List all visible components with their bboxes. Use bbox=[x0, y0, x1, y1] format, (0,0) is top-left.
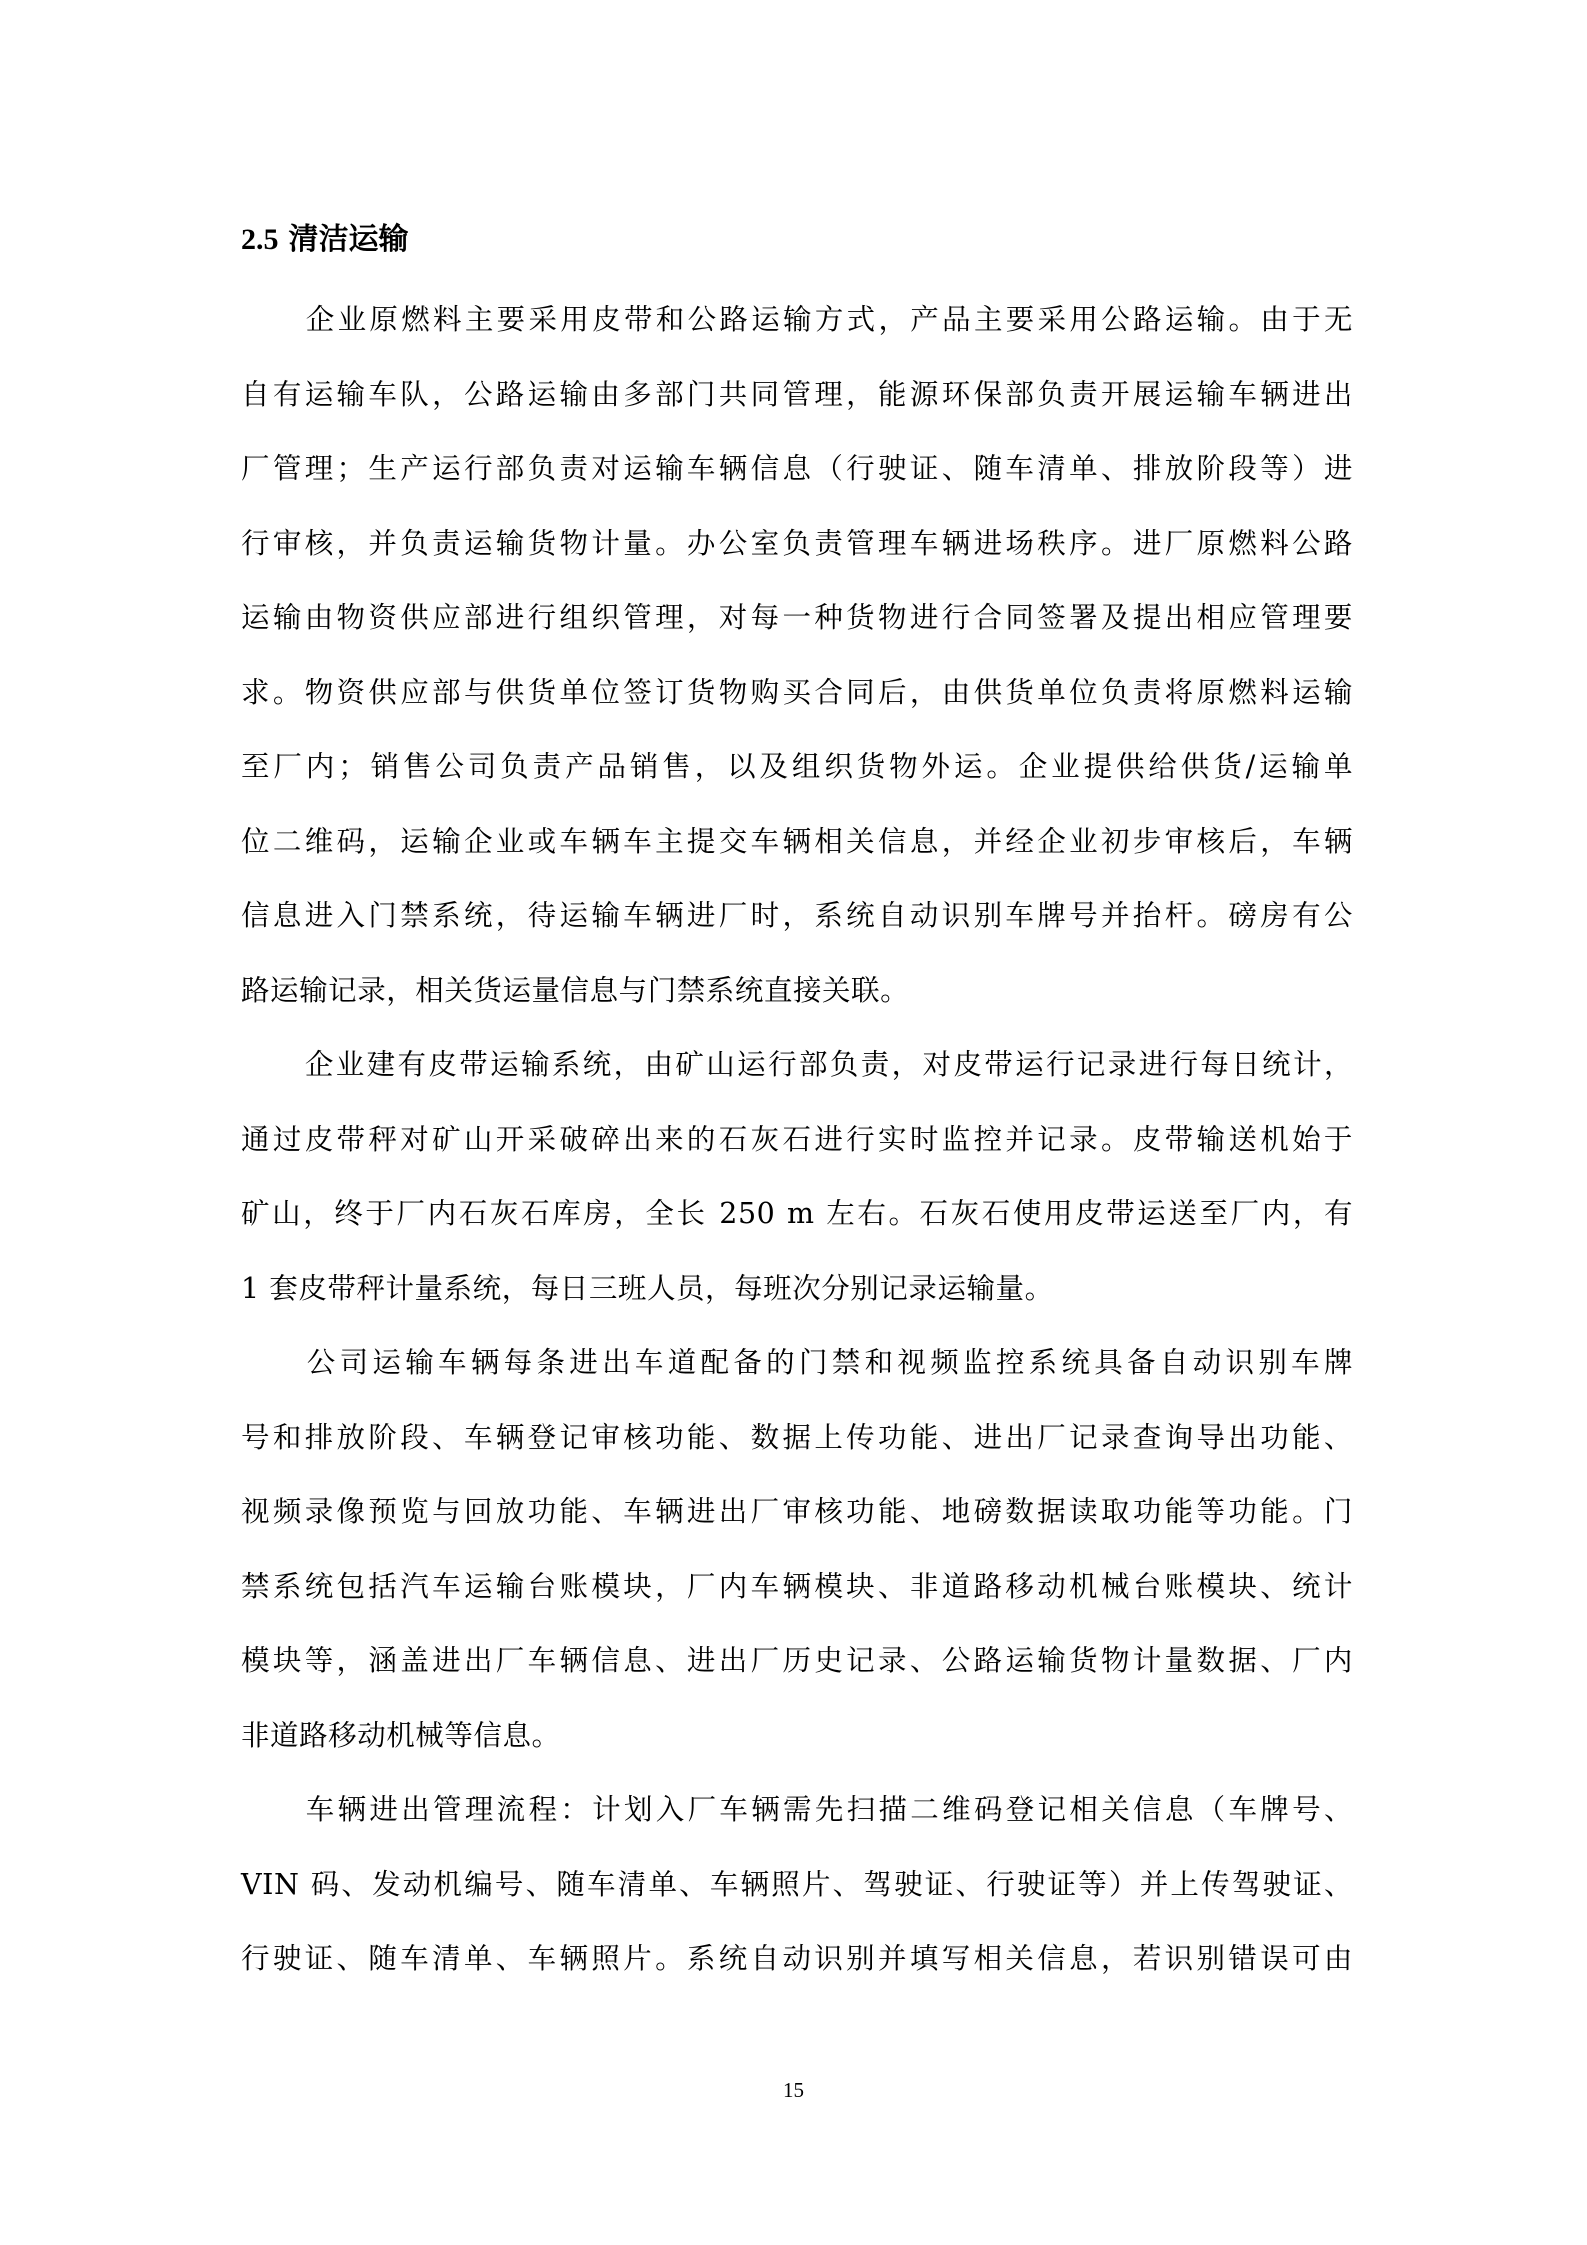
page-number: 15 bbox=[0, 2075, 1587, 2105]
section-number: 2.5 bbox=[241, 223, 279, 256]
text-line: 求。物资供应部与供货单位签订货物购买合同后，由供货单位负责将原燃料运输 bbox=[241, 656, 1353, 731]
text-line: 公司运输车辆每条进出车道配备的门禁和视频监控系统具备自动识别车牌 bbox=[241, 1326, 1353, 1401]
section-heading: 2.5清洁运输 bbox=[241, 214, 1353, 266]
text-line: 视频录像预览与回放功能、车辆进出厂审核功能、地磅数据读取功能等功能。门 bbox=[241, 1475, 1353, 1550]
text-line: 行审核，并负责运输货物计量。办公室负责管理车辆进场秩序。进厂原燃料公路 bbox=[241, 507, 1353, 582]
text-line: 号和排放阶段、车辆登记审核功能、数据上传功能、进出厂记录查询导出功能、 bbox=[241, 1401, 1353, 1476]
text-line: 厂管理；生产运行部负责对运输车辆信息（行驶证、随车清单、排放阶段等）进 bbox=[241, 432, 1353, 507]
paragraph-belt-conveyor: 企业建有皮带运输系统，由矿山运行部负责，对皮带运行记录进行每日统计， 通过皮带秤… bbox=[241, 1028, 1353, 1326]
text-line: 至厂内；销售公司负责产品销售，以及组织货物外运。企业提供给供货/运输单 bbox=[241, 730, 1353, 805]
text-line: 信息进入门禁系统，待运输车辆进厂时，系统自动识别车牌号并抬杆。磅房有公 bbox=[241, 879, 1353, 954]
paragraph-vehicle-process: 车辆进出管理流程：计划入厂车辆需先扫描二维码登记相关信息（车牌号、 VIN 码、… bbox=[241, 1773, 1353, 1997]
paragraph-transport-overview: 企业原燃料主要采用皮带和公路运输方式，产品主要采用公路运输。由于无 自有运输车队… bbox=[241, 283, 1353, 1028]
text-line: 企业原燃料主要采用皮带和公路运输方式，产品主要采用公路运输。由于无 bbox=[241, 283, 1353, 358]
page-content: 2.5清洁运输 企业原燃料主要采用皮带和公路运输方式，产品主要采用公路运输。由于… bbox=[241, 214, 1353, 1997]
text-line: 车辆进出管理流程：计划入厂车辆需先扫描二维码登记相关信息（车牌号、 bbox=[241, 1773, 1353, 1848]
text-line: 1 套皮带秤计量系统，每日三班人员，每班次分别记录运输量。 bbox=[241, 1252, 1353, 1327]
text-line: 企业建有皮带运输系统，由矿山运行部负责，对皮带运行记录进行每日统计， bbox=[241, 1028, 1353, 1103]
text-line: 非道路移动机械等信息。 bbox=[241, 1699, 1353, 1774]
text-line: 通过皮带秤对矿山开采破碎出来的石灰石进行实时监控并记录。皮带输送机始于 bbox=[241, 1103, 1353, 1178]
paragraph-access-control-system: 公司运输车辆每条进出车道配备的门禁和视频监控系统具备自动识别车牌 号和排放阶段、… bbox=[241, 1326, 1353, 1773]
text-line: 矿山，终于厂内石灰石库房，全长 250 m 左右。石灰石使用皮带运送至厂内，有 bbox=[241, 1177, 1353, 1252]
text-line: 位二维码，运输企业或车辆车主提交车辆相关信息，并经企业初步审核后，车辆 bbox=[241, 805, 1353, 880]
text-line: VIN 码、发动机编号、随车清单、车辆照片、驾驶证、行驶证等）并上传驾驶证、 bbox=[241, 1848, 1353, 1923]
document-page: 2.5清洁运输 企业原燃料主要采用皮带和公路运输方式，产品主要采用公路运输。由于… bbox=[0, 0, 1587, 2245]
text-line: 模块等，涵盖进出厂车辆信息、进出厂历史记录、公路运输货物计量数据、厂内 bbox=[241, 1624, 1353, 1699]
section-title: 清洁运输 bbox=[289, 223, 409, 256]
text-line: 自有运输车队，公路运输由多部门共同管理，能源环保部负责开展运输车辆进出 bbox=[241, 358, 1353, 433]
text-line: 路运输记录，相关货运量信息与门禁系统直接关联。 bbox=[241, 954, 1353, 1029]
text-line: 禁系统包括汽车运输台账模块，厂内车辆模块、非道路移动机械台账模块、统计 bbox=[241, 1550, 1353, 1625]
text-line: 行驶证、随车清单、车辆照片。系统自动识别并填写相关信息，若识别错误可由 bbox=[241, 1922, 1353, 1997]
text-line: 运输由物资供应部进行组织管理，对每一种货物进行合同签署及提出相应管理要 bbox=[241, 581, 1353, 656]
